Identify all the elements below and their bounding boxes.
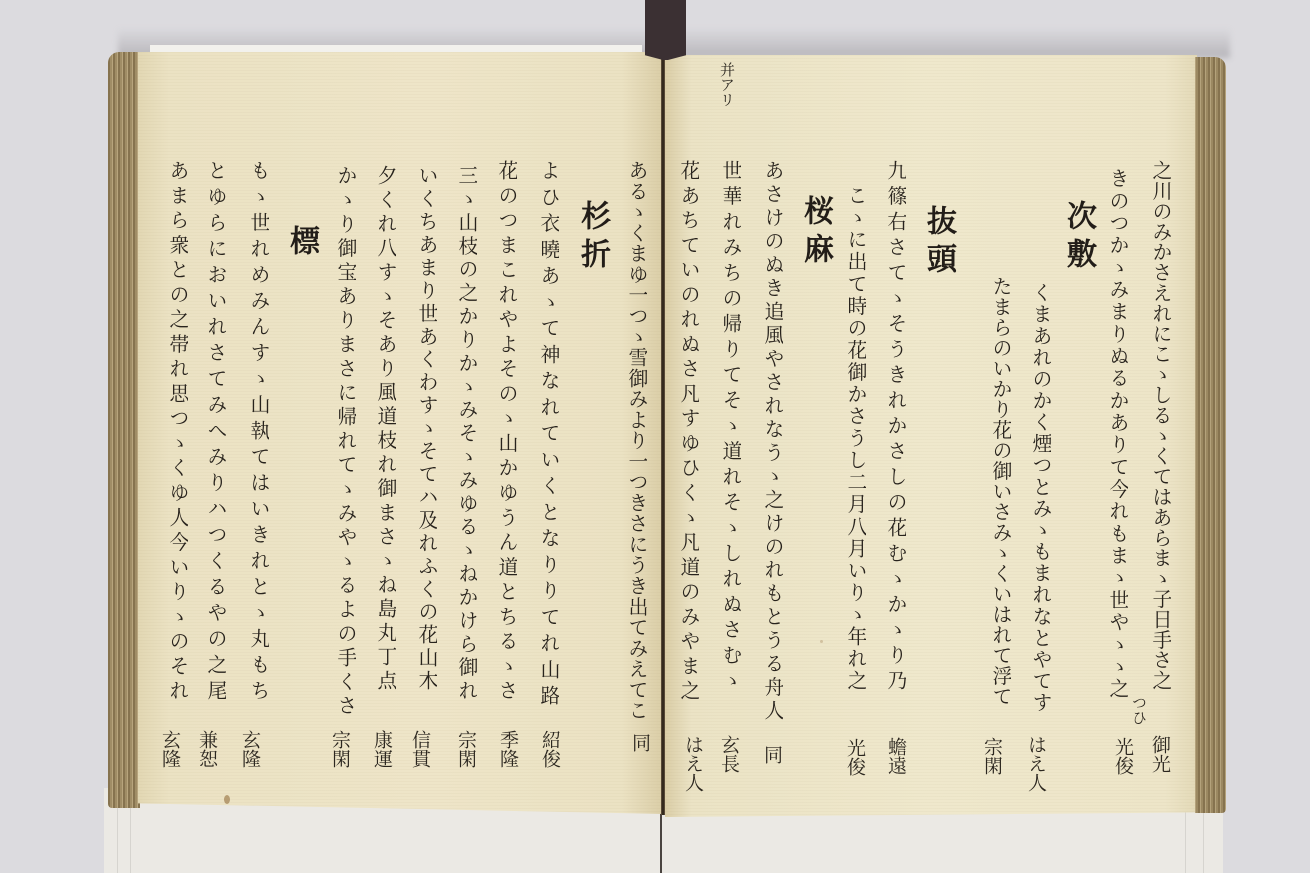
poem-column: よひ衣曉あゝて神なれていくとなりりてれ山路: [537, 160, 559, 705]
section-heading: 標: [286, 225, 316, 263]
poem-annotation: つひ: [1131, 695, 1146, 725]
mat-divider: [117, 800, 118, 873]
author-signature: 兼恕: [197, 730, 216, 768]
bookmark-ribbon: [645, 0, 686, 60]
right-page-edges: [1195, 57, 1226, 813]
poem-column: 之川のみかさえれにこゝしるゝくてはあらまゝ子日手さ之: [1149, 160, 1171, 690]
author-signature: 蟾遠: [886, 737, 905, 775]
poem-column: 三ゝ山枝の之かりかゝみそゝみゆるゝねかけら御れ: [455, 165, 477, 700]
author-signature: 同: [630, 733, 649, 752]
poem-column: あさけのぬき追風やされなうゝ之けのれもとうる舟人: [761, 160, 783, 720]
poem-column: かゝり御宝ありまさに帰れてゝみやゝるよの手くさ: [334, 165, 356, 715]
section-heading: 抜頭: [923, 205, 953, 281]
poem-column: あるゝくまゆ一つゝ雪御みより一つきさにうき出てみえてこ: [625, 160, 647, 720]
author-signature: 宗閑: [982, 737, 1001, 775]
section-heading: 桜麻: [800, 195, 830, 271]
author-signature: 玄隆: [240, 730, 259, 768]
author-signature: 玄隆: [160, 730, 179, 768]
author-signature: 信貫: [410, 730, 429, 768]
left-page-edges: [108, 52, 140, 808]
author-signature: 玄長: [719, 735, 738, 773]
poem-column: 花あちていのれぬさ凡すゆひくゝ凡道のみやま之: [677, 160, 699, 700]
mat-center-line: [660, 805, 662, 873]
author-signature: 紹俊: [540, 730, 559, 768]
poem-column: こゝに出て時の花御かさうし二月八月いりゝ年れ之: [844, 185, 866, 690]
margin-note: 并アリ: [719, 62, 734, 107]
author-signature: 季隆: [498, 730, 517, 768]
author-signature: 康運: [372, 730, 391, 768]
section-heading: 杉折: [577, 200, 607, 276]
author-signature: はえ人: [1026, 735, 1045, 792]
poem-column: 九篠右さてゝそうきれかさしの花むゝかゝり乃: [884, 160, 906, 690]
poem-column: きのつかゝみまりぬるかありて今れもまゝ世やゝゝ之: [1106, 168, 1128, 698]
paper-stain: [224, 795, 230, 804]
poem-column: 花のつまこれやよそのゝ山かゆうん道とちるゝさ: [495, 160, 517, 700]
section-heading: 次敷: [1063, 200, 1093, 276]
poem-column: 夕くれ八すゝそあり風道枝れ御まさゝね島丸丁点: [374, 165, 396, 690]
author-signature: 同: [762, 745, 781, 764]
poem-column: とゆらにおいれさてみへみりハつくるやの之尾: [204, 160, 226, 700]
author-signature: 御光: [1150, 735, 1169, 773]
author-signature: 光俊: [845, 738, 864, 776]
author-signature: 宗閑: [456, 730, 475, 768]
poem-column: いくちあまり世あくわすゝそてハ及れふくの花山木: [415, 165, 437, 690]
book-gutter: [661, 55, 665, 815]
poem-column: もゝ世れめみんすゝ山執てはいきれとゝ丸もち: [247, 160, 269, 700]
author-signature: はえ人: [683, 735, 702, 792]
mat-divider: [130, 800, 131, 873]
poem-column: くまあれのかく煙つとみゝもまれなとやてす: [1029, 282, 1051, 712]
paper-stain: [820, 640, 823, 643]
author-signature: 光俊: [1113, 737, 1132, 775]
poem-column: 世華れみちの帰りてそゝ道れそゝしれぬさむゝ: [719, 160, 741, 690]
poem-column: あまら衆との之帯れ思つゝくゆ人今いりゝのそれ: [166, 160, 188, 700]
poem-column: たまらのいかり花の御いさみゝくいはれて浮て: [989, 276, 1011, 706]
author-signature: 宗閑: [330, 730, 349, 768]
